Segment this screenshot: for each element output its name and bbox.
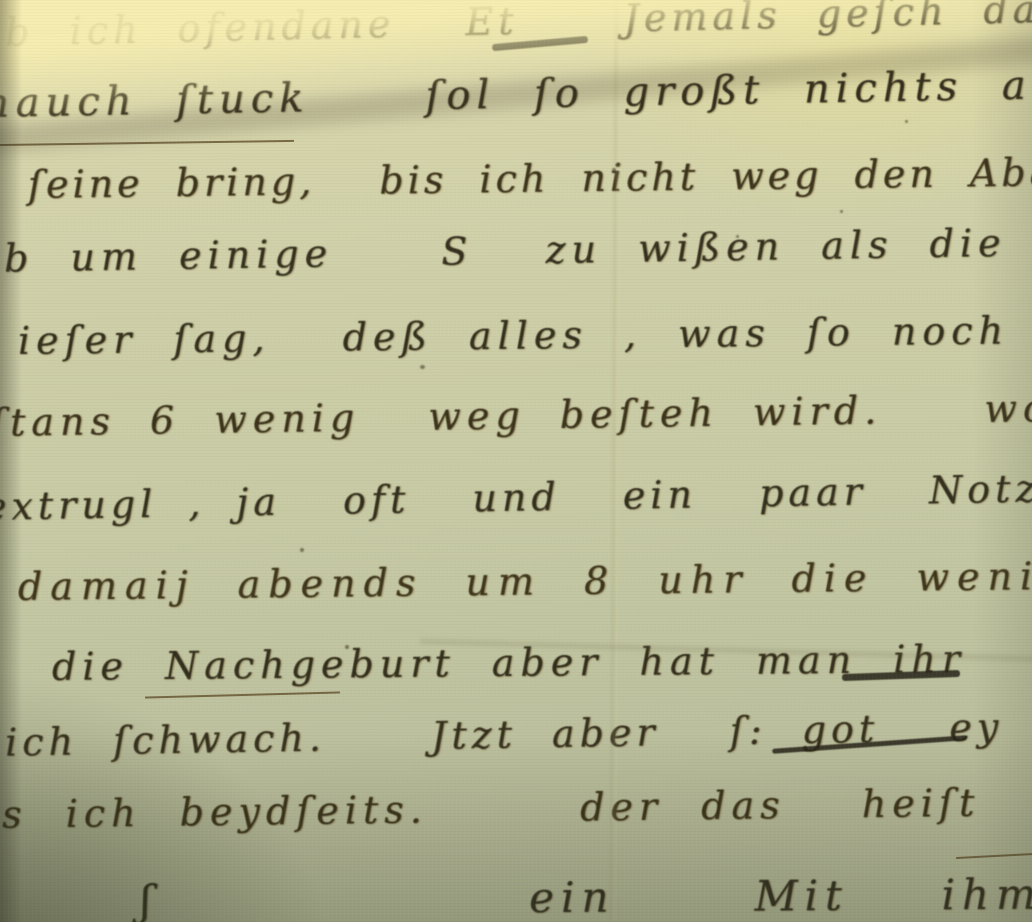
ink-speck bbox=[420, 365, 425, 369]
handwriting-line: ieſer ſag, deß alles , was ſo noch ten u… bbox=[18, 309, 1032, 360]
underline-mark bbox=[145, 691, 340, 698]
ink-speck bbox=[300, 548, 304, 552]
handwriting-line: ſeine bring, bis ich nicht weg den Abänd… bbox=[28, 151, 1032, 204]
ink-speck bbox=[345, 645, 349, 649]
handwriting-line: ſtans 6 wenig weg beſteh wird. worden in bbox=[0, 386, 1032, 442]
vertical-fold-crease bbox=[610, 0, 621, 922]
handwriting-line: lich ſchwach. Jtzt aber ſ: got ey dank bbox=[0, 705, 1032, 762]
handwriting-line: damaij abends um 8 uhr die wenige mit bbox=[18, 555, 1032, 606]
handwriting-line: extrugl , ja oft und ein paar Notz im bbox=[0, 466, 1032, 526]
ink-speck bbox=[736, 235, 739, 238]
handwriting-line: ʃ ein Mit ihm bald ſch N bbox=[140, 869, 1032, 922]
ink-speck bbox=[905, 120, 908, 123]
manuscript-photo: ſ p ſ g ʒ ſ g lb ich ofendane Et Jemals … bbox=[0, 0, 1032, 922]
handwriting-line: lb um einige S zu wißen als die ich mich bbox=[0, 220, 1032, 278]
ink-speck bbox=[612, 168, 616, 172]
handwriting-line: ls ich beydſeits. der das heiſt Joane bbox=[0, 781, 1032, 834]
ink-speck bbox=[840, 210, 843, 213]
underline-mark bbox=[956, 853, 1032, 859]
